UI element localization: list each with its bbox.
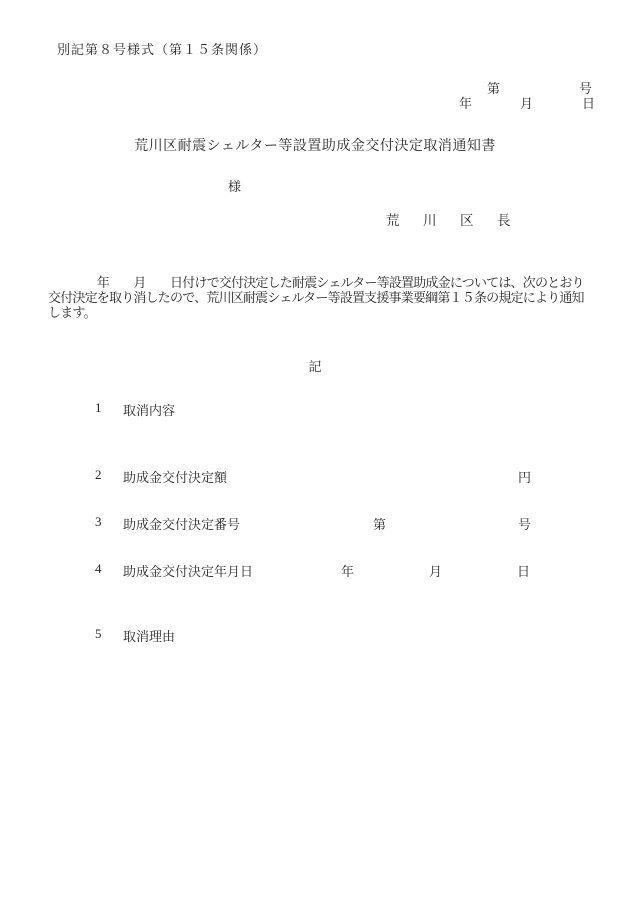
item-number: 4	[95, 561, 102, 577]
item-label: 助成金交付決定年月日	[123, 561, 253, 580]
issue-date-day-label: 日	[582, 93, 595, 112]
issue-date-year-label: 年	[459, 93, 472, 112]
body-paragraph-line-3: します。	[48, 302, 96, 321]
item-number: 1	[95, 400, 102, 416]
item-row-grant-date: 4 助成金交付決定年月日 年 月 日	[0, 561, 630, 577]
unit-year-label: 年	[341, 561, 354, 580]
item-row-cancellation-details: 1 取消内容	[0, 400, 630, 416]
item-label: 助成金交付決定番号	[123, 514, 240, 533]
item-number: 3	[95, 514, 102, 530]
body-paragraph-line-2: 交付決定を取り消したので、荒川区耐震シェルター等設置支援事業要綱第１５条の規定に…	[48, 287, 584, 306]
list-marker-ki: 記	[0, 356, 630, 375]
sender-name: 荒 川 区 長	[386, 209, 516, 229]
notice-document-page: 別記第８号様式（第１５条関係） 第 号 年 月 日 荒川区耐震シェルター等設置助…	[0, 0, 630, 903]
document-title: 荒川区耐震シェルター等設置助成金交付決定取消通知書	[0, 135, 630, 155]
item-row-grant-number: 3 助成金交付決定番号 第 号	[0, 514, 630, 530]
item-label: 取消理由	[123, 626, 175, 645]
unit-month-label: 月	[429, 561, 442, 580]
item-row-cancellation-reason: 5 取消理由	[0, 626, 630, 642]
item-row-grant-amount: 2 助成金交付決定額 円	[0, 467, 630, 483]
form-style-label: 別記第８号様式（第１５条関係）	[57, 39, 267, 58]
issue-number-prefix: 第	[487, 78, 500, 97]
item-label: 助成金交付決定額	[123, 467, 227, 486]
item-number: 5	[95, 626, 102, 642]
item-number: 2	[95, 467, 102, 483]
issue-date-month-label: 月	[520, 93, 533, 112]
unit-number-suffix: 号	[518, 514, 531, 533]
unit-day-label: 日	[517, 561, 530, 580]
unit-yen: 円	[518, 467, 531, 486]
item-label: 取消内容	[123, 400, 175, 419]
addressee-honorific: 様	[228, 176, 241, 195]
unit-number-prefix: 第	[373, 514, 386, 533]
